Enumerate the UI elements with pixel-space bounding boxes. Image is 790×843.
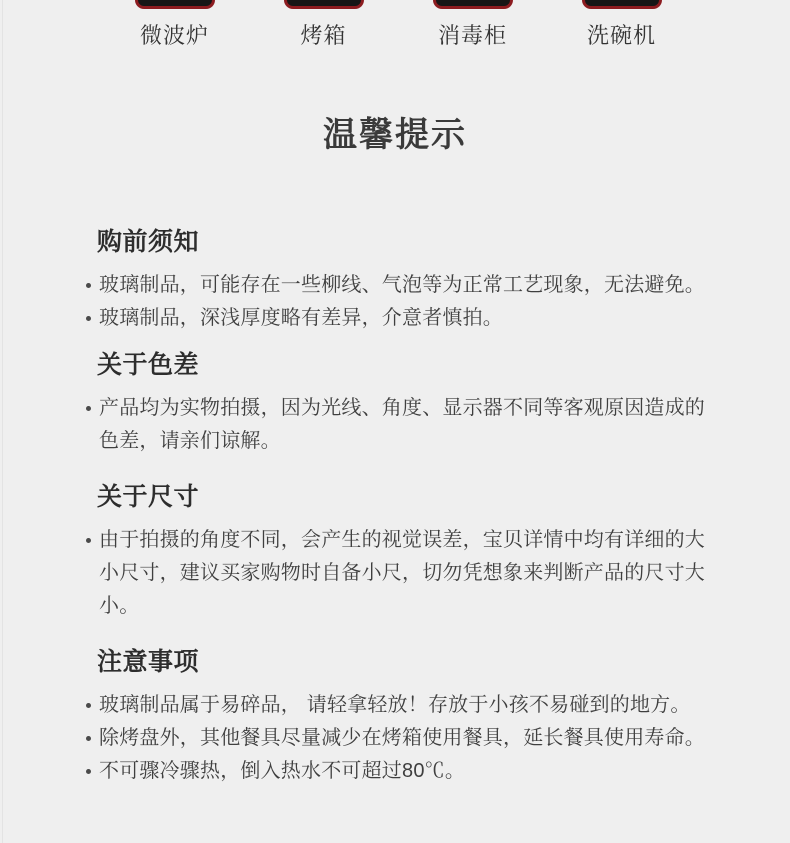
- bullet-list: 由于拍摄的角度不同，会产生的视觉误差，宝贝详情中均有详细的大小尺寸，建议买家购物…: [86, 524, 721, 623]
- bullet-dot-icon: [86, 769, 91, 774]
- bullet-text: 由于拍摄的角度不同，会产生的视觉误差，宝贝详情中均有详细的大小尺寸，建议买家购物…: [99, 524, 721, 623]
- appliance-label: 烤箱: [300, 23, 346, 49]
- oven-icon: [284, 0, 364, 9]
- section-precautions: 注意事项 玻璃制品属于易碎品， 请轻拿轻放！存放于小孩不易碰到的地方。 除烤盘外…: [86, 645, 721, 788]
- list-item: 玻璃制品，可能存在一些柳线、气泡等为正常工艺现象，无法避免。: [86, 269, 721, 302]
- tips-content: 购前须知 玻璃制品，可能存在一些柳线、气泡等为正常工艺现象，无法避免。 玻璃制品…: [0, 225, 790, 788]
- bullet-text: 除烤盘外，其他餐具尽量减少在烤箱使用餐具，延长餐具使用寿命。: [99, 722, 705, 755]
- bullet-text: 玻璃制品，深浅厚度略有差异，介意者慎拍。: [99, 302, 503, 335]
- appliance-item-disinfection-cabinet: 消毒柜: [398, 0, 547, 49]
- list-item: 产品均为实物拍摄，因为光线、角度、显示器不同等客观原因造成的色差，请亲们谅解。: [86, 392, 721, 458]
- bullet-dot-icon: [86, 703, 91, 708]
- bullet-text: 不可骤冷骤热，倒入热水不可超过80℃。: [99, 755, 465, 788]
- list-item: 除烤盘外，其他餐具尽量减少在烤箱使用餐具，延长餐具使用寿命。: [86, 722, 721, 755]
- bullet-dot-icon: [86, 283, 91, 288]
- section-color-difference: 关于色差 产品均为实物拍摄，因为光线、角度、显示器不同等客观原因造成的色差，请亲…: [86, 348, 721, 458]
- section-heading: 关于尺寸: [97, 480, 721, 514]
- left-edge-line: [2, 0, 3, 843]
- appliance-label: 微波炉: [140, 23, 209, 49]
- appliance-nav: 微波炉 烤箱 消毒柜 洗碗机: [100, 0, 696, 49]
- microwave-icon: [135, 0, 215, 9]
- appliance-label: 洗碗机: [587, 23, 656, 49]
- appliance-item-oven: 烤箱: [249, 0, 398, 49]
- section-heading: 关于色差: [97, 348, 721, 382]
- appliance-item-microwave: 微波炉: [100, 0, 249, 49]
- appliance-item-dishwasher: 洗碗机: [547, 0, 696, 49]
- bullet-dot-icon: [86, 736, 91, 741]
- list-item: 玻璃制品属于易碎品， 请轻拿轻放！存放于小孩不易碰到的地方。: [86, 689, 721, 722]
- bullet-dot-icon: [86, 316, 91, 321]
- bullet-list: 玻璃制品，可能存在一些柳线、气泡等为正常工艺现象，无法避免。 玻璃制品，深浅厚度…: [86, 269, 721, 335]
- bullet-text: 产品均为实物拍摄，因为光线、角度、显示器不同等客观原因造成的色差，请亲们谅解。: [99, 392, 721, 458]
- bullet-dot-icon: [86, 538, 91, 543]
- bullet-list: 玻璃制品属于易碎品， 请轻拿轻放！存放于小孩不易碰到的地方。 除烤盘外，其他餐具…: [86, 689, 721, 788]
- dishwasher-icon: [582, 0, 662, 9]
- list-item: 由于拍摄的角度不同，会产生的视觉误差，宝贝详情中均有详细的大小尺寸，建议买家购物…: [86, 524, 721, 623]
- bullet-text: 玻璃制品，可能存在一些柳线、气泡等为正常工艺现象，无法避免。: [99, 269, 705, 302]
- section-pre-purchase-notes: 购前须知 玻璃制品，可能存在一些柳线、气泡等为正常工艺现象，无法避免。 玻璃制品…: [86, 225, 721, 335]
- bullet-list: 产品均为实物拍摄，因为光线、角度、显示器不同等客观原因造成的色差，请亲们谅解。: [86, 392, 721, 458]
- section-dimensions: 关于尺寸 由于拍摄的角度不同，会产生的视觉误差，宝贝详情中均有详细的大小尺寸，建…: [86, 480, 721, 623]
- section-heading: 注意事项: [97, 645, 721, 679]
- section-heading: 购前须知: [97, 225, 721, 259]
- appliance-label: 消毒柜: [438, 23, 507, 49]
- tips-title: 温馨提示: [0, 115, 790, 155]
- disinfection-cabinet-icon: [433, 0, 513, 9]
- bullet-dot-icon: [86, 406, 91, 411]
- list-item: 不可骤冷骤热，倒入热水不可超过80℃。: [86, 755, 721, 788]
- bullet-text: 玻璃制品属于易碎品， 请轻拿轻放！存放于小孩不易碰到的地方。: [99, 689, 691, 722]
- list-item: 玻璃制品，深浅厚度略有差异，介意者慎拍。: [86, 302, 721, 335]
